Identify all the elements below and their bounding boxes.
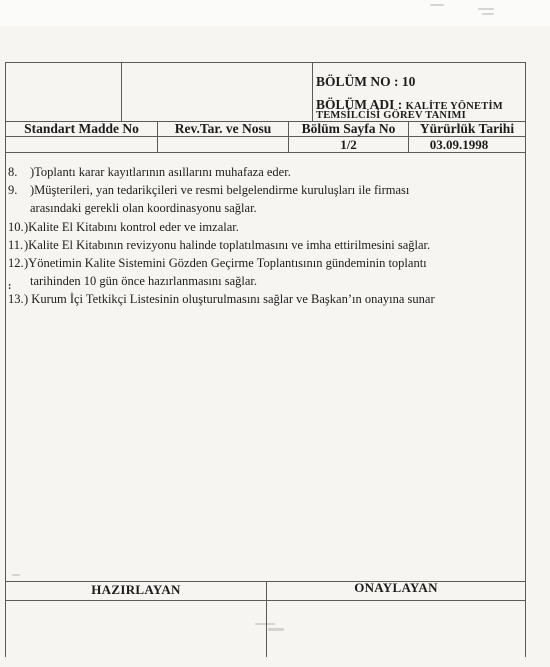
item-text: )Yönetimin Kalite Sistemini Gözden Geçir… [24, 256, 427, 270]
list-item: 11.)Kalite El Kitabının revizyonu halind… [8, 236, 518, 254]
column-revision-date-no: Rev.Tar. ve Nosu [158, 121, 288, 137]
item-text: )Kalite El Kitabını kontrol eder ve imza… [24, 220, 239, 234]
margin-mark: : [8, 281, 11, 292]
column-section-page-no: Bölüm Sayfa No [289, 121, 408, 137]
item-text: )Kalite El Kitabının revizyonu halinde t… [24, 238, 430, 252]
list-item: 9.)Müşterileri, yan tedarikçileri ve res… [8, 181, 518, 199]
item-text-continuation: tarihinden 10 gün önce hazırlanmasını sa… [8, 272, 518, 290]
item-number: 12. [8, 254, 24, 272]
value-effective-date: 03.09.1998 [409, 137, 509, 153]
column-effective-date: Yürürlük Tarihi [409, 121, 525, 137]
duty-list: 8.)Toplantı karar kayıtlarının asılların… [8, 163, 518, 309]
item-number: 13. [8, 290, 24, 308]
item-text: ) Kurum İçi Tetkikçi Listesinin oluşturu… [24, 292, 435, 306]
approved-by-header: ONAYLAYAN [267, 580, 525, 596]
item-text: )Müşterileri, yan tedarikçileri ve resmi… [30, 183, 409, 197]
prepared-by-header: HAZIRLAYAN [6, 582, 266, 598]
item-text-continuation: arasındaki gerekli olan koordinasyonu sa… [8, 199, 518, 217]
item-number: 8. [8, 163, 30, 181]
approved-by-signature-area [267, 601, 525, 657]
column-standard-item-no: Standart Madde No [6, 121, 157, 137]
item-text: )Toplantı karar kayıtlarının asıllarını … [30, 165, 291, 179]
item-number: 9. [8, 181, 30, 199]
list-item: 10.)Kalite El Kitabını kontrol eder ve i… [8, 218, 518, 236]
item-number: 11. [8, 236, 24, 254]
scan-smudge [430, 4, 444, 6]
section-number: BÖLÜM NO : 10 [316, 74, 415, 90]
list-item: 8.)Toplantı karar kayıtlarının asılların… [8, 163, 518, 181]
item-number: 10. [8, 218, 24, 236]
section-name-line2: TEMSİLCİSİ GÖREV TANIMI [316, 110, 466, 121]
prepared-by-signature-area [6, 601, 266, 657]
list-item: 13.) Kurum İçi Tetkikçi Listesinin oluşt… [8, 290, 518, 308]
scan-smudge [12, 574, 20, 576]
scan-smudge [482, 13, 494, 15]
list-item: 12.)Yönetimin Kalite Sistemini Gözden Ge… [8, 254, 518, 272]
scan-top-margin [0, 0, 550, 26]
scan-smudge [478, 8, 494, 10]
value-section-page-no: 1/2 [289, 137, 408, 153]
